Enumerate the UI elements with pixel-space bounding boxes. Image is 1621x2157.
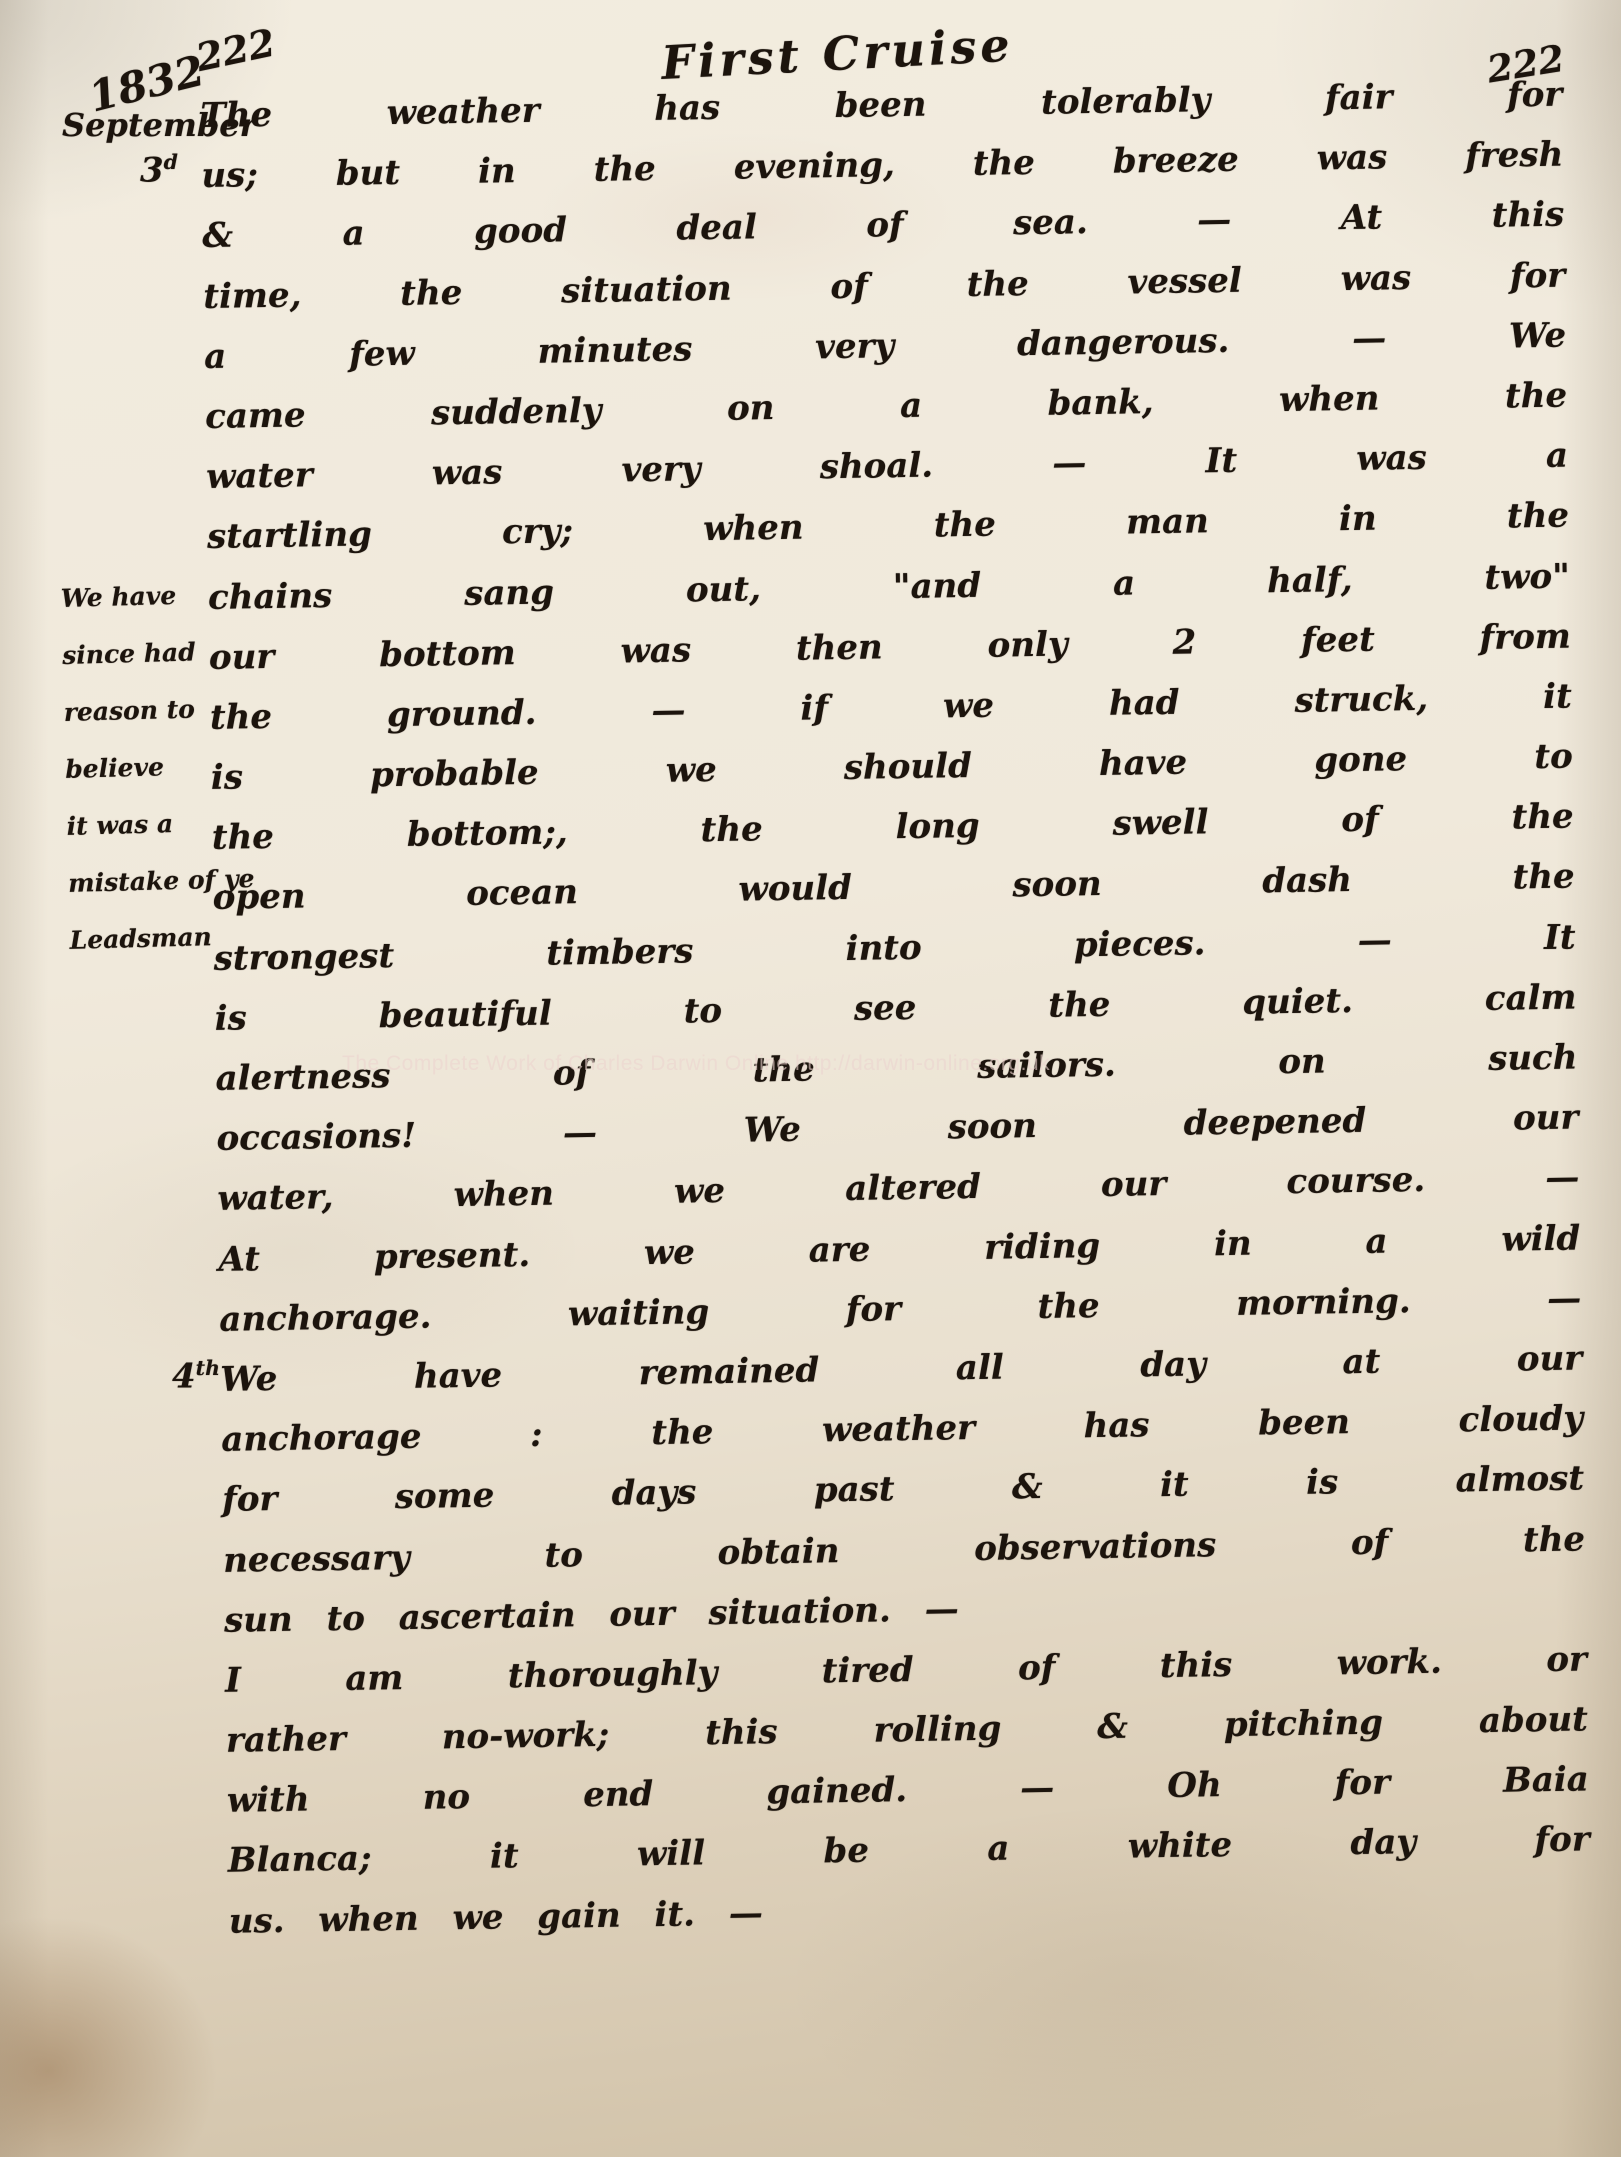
- margin-date-day: 3d: [140, 150, 178, 190]
- manuscript-body: The weather has been tolerably fair for …: [200, 65, 1591, 1952]
- margin-date-day-2: 4th: [172, 1356, 220, 1396]
- watermark: The Complete Work of Charles Darwin Onli…: [342, 1052, 1202, 1076]
- day-number: 4: [172, 1356, 196, 1396]
- day-suffix: d: [164, 150, 178, 174]
- manuscript-page: 1832 222 First Cruise 222 September 3d W…: [0, 0, 1621, 2157]
- day-number: 3: [140, 150, 164, 190]
- day-suffix: th: [196, 1356, 220, 1380]
- page-number-left: 222: [192, 20, 279, 81]
